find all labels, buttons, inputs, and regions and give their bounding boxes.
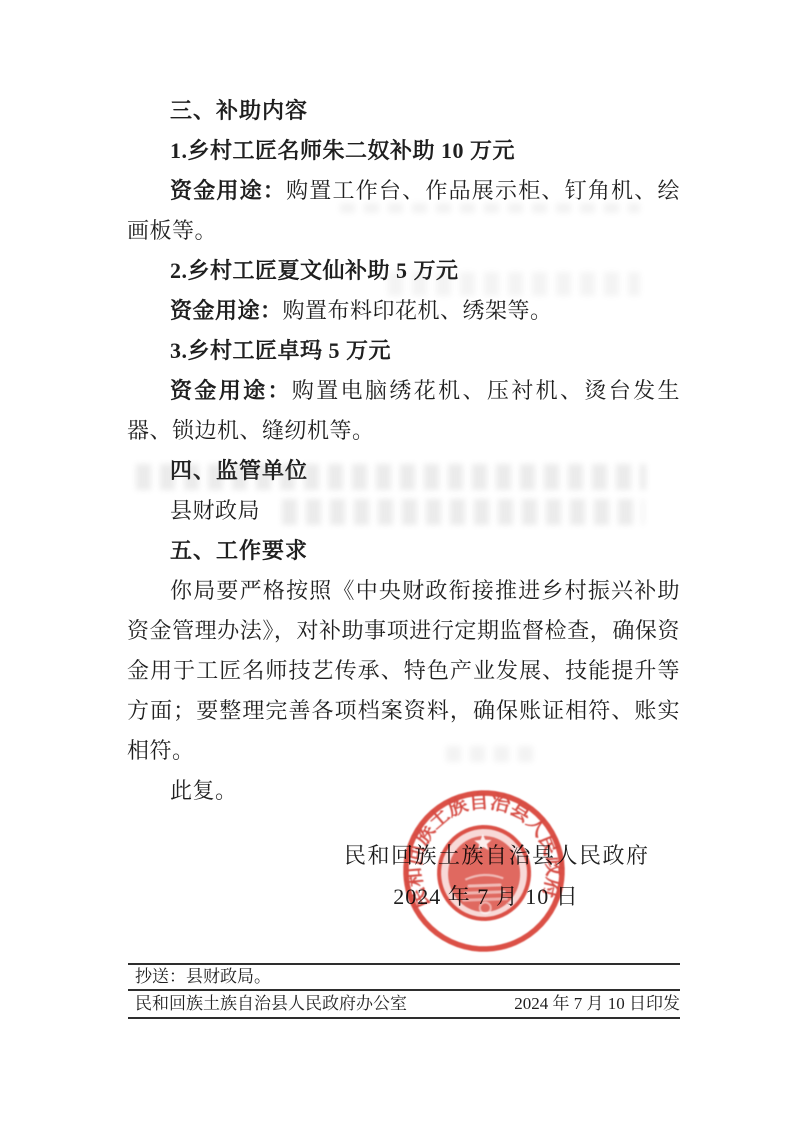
fund-usage-label: 资金用途： [170,178,286,203]
bleed-through-artifact [136,464,646,490]
fund-usage-text: 购置布料印花机、绣架等。 [283,298,553,323]
section-heading: 三、补助内容 [127,91,680,131]
document-page: 三、补助内容 1.乡村工匠名师朱二奴补助 10 万元 资金用途：购置工作台、作品… [0,0,793,1122]
body-paragraph: 你局要严格按照《中央财政衔接推进乡村振兴补助资金管理办法》，对补助事项进行定期监… [127,571,680,771]
fund-usage-paragraph: 资金用途：购置布料印花机、绣架等。 [127,291,680,331]
bleed-through-artifact [340,203,640,213]
official-seal: 民和回族土族自治县人民政府 [396,783,572,959]
subsidy-item: 3.乡村工匠卓玛 5 万元 [127,331,680,371]
cc-line: 抄送：县财政局。 [135,967,271,986]
bleed-through-artifact [446,746,538,762]
fund-usage-label: 资金用途： [170,378,292,403]
issuing-office: 民和回族土族自治县人民政府办公室 [135,992,407,1016]
fund-usage-paragraph: 资金用途：购置电脑绣花机、压衬机、烫台发生器、锁边机、缝纫机等。 [127,371,680,451]
section-heading: 五、工作要求 [127,531,680,571]
document-body: 三、补助内容 1.乡村工匠名师朱二奴补助 10 万元 资金用途：购置工作台、作品… [127,91,680,811]
national-emblem-icon [437,825,530,920]
print-date: 2024 年 7 月 10 日印发 [514,992,680,1016]
footer-rule [128,1017,680,1019]
bleed-through-artifact [388,272,640,296]
bleed-through-artifact [282,499,644,525]
subsidy-item: 1.乡村工匠名师朱二奴补助 10 万元 [127,131,680,171]
document-footer: 抄送：县财政局。 民和回族土族自治县人民政府办公室 2024 年 7 月 10 … [128,963,680,1019]
fund-usage-label: 资金用途： [170,298,283,323]
